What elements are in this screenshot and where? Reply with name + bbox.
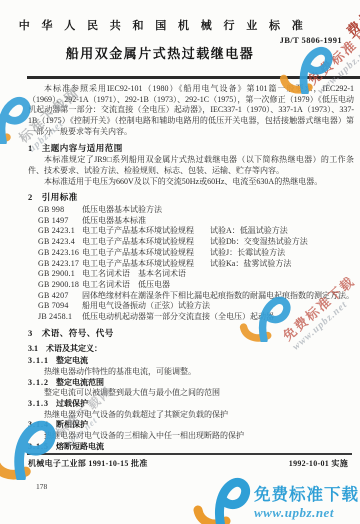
section-3-1-heading: 3.1 术语及其定义：	[28, 344, 354, 355]
reference-row: GB 998低压电器基本试验方法	[28, 205, 354, 216]
term-heading: 3.1.4断相保护	[28, 420, 354, 431]
reference-title: 电工电子产品基本环境试验规程 试验Db：交变湿热试验方法	[82, 237, 354, 248]
term-heading: 3.1.3过载保护	[28, 399, 354, 410]
reference-row: GB 4207固体绝缘材料在潮湿条件下相比漏电起痕指数的耐漏电起痕指数的测定方法…	[28, 291, 354, 302]
reference-title: 电工名词术语 基本名词术语	[82, 269, 354, 280]
term-definition: 热继电器对电气设备的三相输入中任一相出现断路的保护	[28, 431, 354, 442]
term-heading: 3.1.2整定电流范围	[28, 378, 354, 389]
term-name: 过载保护	[56, 399, 88, 408]
reference-row: JB 2458.1低压电动机起动器第一部分交流直接（全电压）起动器	[28, 312, 354, 323]
reference-title: 固体绝缘材料在潮湿条件下相比漏电起痕指数的耐漏电起痕指数的测定方法。	[82, 291, 354, 302]
header-rule	[27, 76, 360, 79]
reference-row: GB 2423.1电工电子产品基本环境试验规程 试验A：低温试验方法	[28, 226, 354, 237]
reference-row: GB 2423.16电工电子产品基本环境试验规程 试验J：长霉试验方法	[28, 248, 354, 259]
approval-statement: 机械电子工业部 1991-10-15 批准	[28, 458, 148, 469]
reference-row: GB 7094船用电气设备振动（正弦）试验方法	[28, 301, 354, 312]
term-number: 3.1.4	[28, 420, 49, 431]
intro-paragraph: 本标准参照采用IEC92-101（1980）《船用电气设备》第101篇一般要求，…	[28, 84, 354, 138]
term-name: 整定电流范围	[56, 378, 104, 387]
reference-title: 电工名词术语 低压电器	[82, 280, 354, 291]
term-number: 3.1.3	[28, 399, 49, 410]
term-definition: 热继电器对电气设备的负载超过了其额定负载的保护	[28, 410, 354, 421]
term-definition: 热继电器动作特性的基准电流，可能调整。	[28, 367, 354, 378]
reference-row: GB 1497低压电器基本标准	[28, 216, 354, 227]
page-number: 178	[36, 482, 47, 491]
reference-code: GB 4207	[38, 291, 82, 302]
section-1-paragraph-2: 本标准适用于电压为660V及以下的交流50Hz或60Hz、电流至630A的热继电…	[28, 177, 354, 188]
reference-code: GB 2423.16	[38, 248, 82, 259]
reference-row: GB 2900.18电工名词术语 低压电器	[28, 280, 354, 291]
upbz-logo-icon	[188, 472, 252, 524]
reference-code: GB 2423.4	[38, 237, 82, 248]
site-name: 免费标准下载网	[254, 481, 360, 505]
document-page: 中 华 人 民 共 和 国 机 械 行 业 标 准 JB/T 5806-1991…	[0, 0, 360, 524]
reference-row: GB 2900.1电工名词术语 基本名词术语	[28, 269, 354, 280]
section-1-heading: 1 主题内容与适用范围	[28, 143, 354, 154]
site-logo-text: 免费标准下载网 www.upbz.net	[254, 481, 360, 521]
term-name: 整定电流	[56, 356, 88, 365]
term-name: 熔断短路电流	[56, 442, 104, 451]
site-url: www.upbz.net	[254, 505, 360, 521]
reference-code: GB 2423.17	[38, 259, 82, 270]
standard-title: 中 华 人 民 共 和 国 机 械 行 业 标 准	[0, 17, 360, 33]
reference-code: GB 2900.18	[38, 280, 82, 291]
reference-row: GB 2423.17电工电子产品基本环境试验规程 试验Ka：盐雾试验方法	[28, 259, 354, 270]
reference-title: 低压电动机起动器第一部分交流直接（全电压）起动器	[82, 312, 354, 323]
term-number: 3.1.2	[28, 378, 49, 389]
reference-title: 低压电器基本标准	[82, 216, 354, 227]
term-name: 断相保护	[56, 420, 88, 429]
reference-title: 电工电子产品基本环境试验规程 试验A：低温试验方法	[82, 226, 354, 237]
term-number: 3.1.5	[28, 442, 49, 453]
reference-title: 电工电子产品基本环境试验规程 试验J：长霉试验方法	[82, 248, 354, 259]
reference-row: GB 2423.4电工电子产品基本环境试验规程 试验Db：交变湿热试验方法	[28, 237, 354, 248]
reference-title: 低压电器基本试验方法	[82, 205, 354, 216]
section-2-heading: 2 引用标准	[28, 192, 354, 203]
term-definition: 整定电流可以被调整到最大值与最小值之间的范围	[28, 388, 354, 399]
section-3-heading: 3 术语、符号、代号	[28, 328, 354, 339]
reference-code: GB 7094	[38, 301, 82, 312]
reference-title: 电工电子产品基本环境试验规程 试验Ka：盐雾试验方法	[82, 259, 354, 270]
reference-code: GB 1497	[38, 216, 82, 227]
standard-subtitle: 船用双金属片式热过载继电器	[0, 43, 360, 62]
reference-title: 船用电气设备振动（正弦）试验方法	[82, 301, 354, 312]
section-1-paragraph-1: 本标准规定了JR9□系列船用双金属片式热过载继电器（以下简称热继电器）的工作条件…	[28, 155, 354, 176]
implementation-date: 1992-10-01 实施	[289, 458, 348, 469]
reference-code: GB 2900.1	[38, 269, 82, 280]
term-number: 3.1.1	[28, 356, 49, 367]
term-heading: 3.1.1整定电流	[28, 356, 354, 367]
reference-code: GB 998	[38, 205, 82, 216]
document-body: 本标准参照采用IEC92-101（1980）《船用电气设备》第101篇一般要求，…	[28, 84, 354, 453]
reference-code: JB 2458.1	[38, 312, 82, 323]
reference-code: GB 2423.1	[38, 226, 82, 237]
footer-rule	[27, 453, 352, 455]
term-heading: 3.1.5熔断短路电流	[28, 442, 354, 453]
